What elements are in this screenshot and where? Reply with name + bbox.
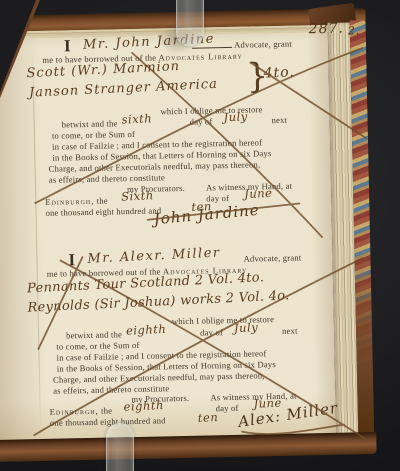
next-page-number-partial: 2. <box>348 24 361 37</box>
due-day: sixth <box>121 111 152 126</box>
next-word: next <box>282 326 298 336</box>
betwixt-line: betwixt and the <box>66 329 122 340</box>
advocate-grant-text: Advocate, grant <box>234 39 292 50</box>
page-weight-strip-bottom <box>106 423 134 471</box>
signed-day: eighth <box>123 398 164 414</box>
page-weight-strip-top <box>176 0 204 46</box>
sum-line: to come, or the Sum of <box>56 340 139 352</box>
photo-of-borrowing-register: 287. 2. I Mr. John Jardine Advocate, gra… <box>0 0 400 471</box>
advocate-grant-text: Advocate, grant <box>243 253 301 264</box>
day-of-text: day of <box>190 116 213 126</box>
day-of-text: day of <box>200 327 223 337</box>
edinburgh-line: Edinburgh, the <box>45 196 108 207</box>
year-word: ten <box>198 410 219 425</box>
open-book: 287. 2. I Mr. John Jardine Advocate, gra… <box>0 8 383 462</box>
page-number: 287. <box>309 21 344 38</box>
next-word: next <box>272 115 288 125</box>
restore-line: which I oblige me to restore <box>172 314 274 326</box>
day-of-text-2: day of <box>216 403 239 413</box>
signed-month: June <box>244 186 273 201</box>
betwixt-line: betwixt and the <box>62 118 118 129</box>
edinburgh-line: Edinburgh, the <box>50 406 113 417</box>
the-word: the <box>101 406 112 416</box>
the-word: the <box>97 196 108 206</box>
edinburgh-word: Edinburgh, <box>50 406 99 417</box>
due-month: July <box>223 109 248 124</box>
sum-line: to come, or the Sum of <box>52 129 135 141</box>
due-month: July <box>234 320 259 335</box>
signed-day: Sixth <box>121 188 154 204</box>
format-note: 4to. <box>263 64 295 81</box>
edinburgh-word: Edinburgh, <box>45 196 94 207</box>
due-day: eighth <box>126 322 167 338</box>
